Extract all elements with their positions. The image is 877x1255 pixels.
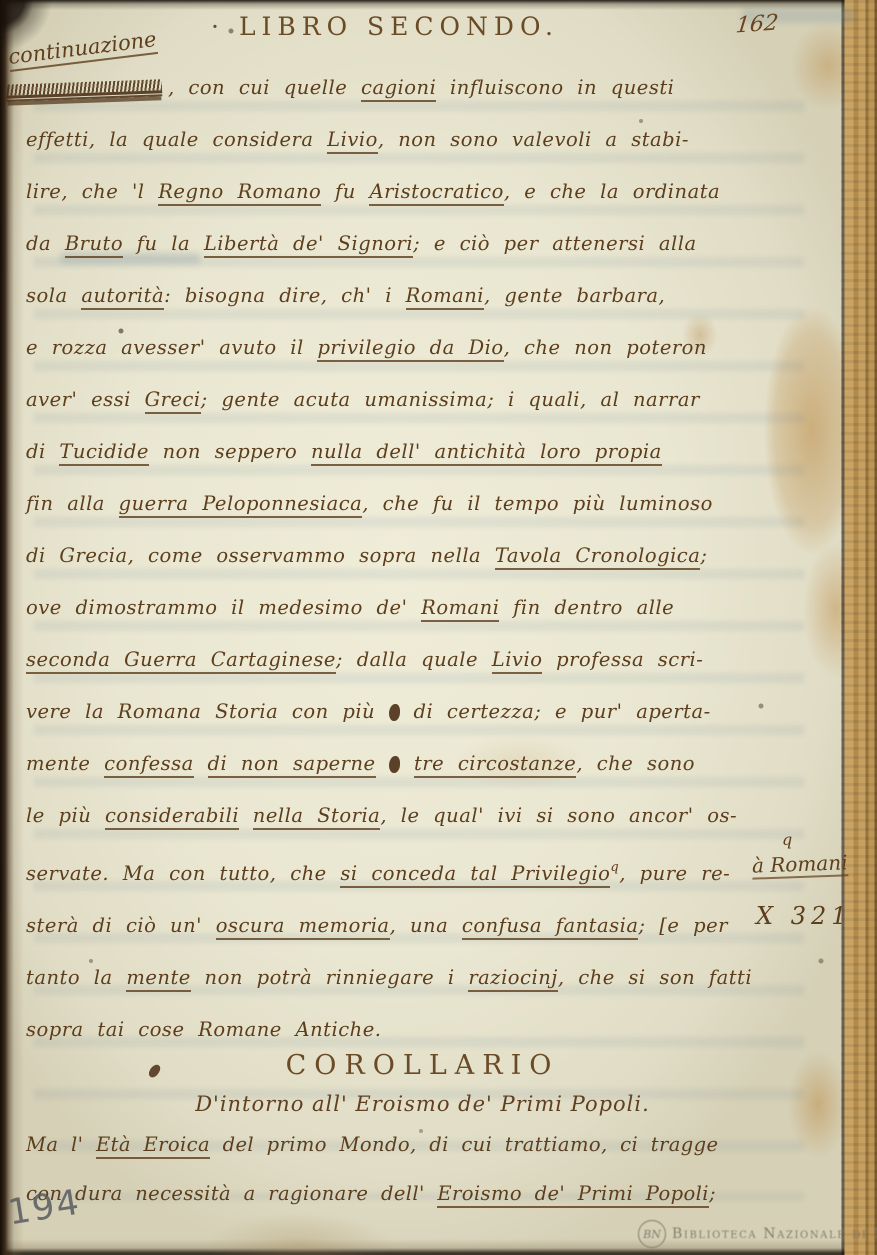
text-segment: tanto la bbox=[26, 966, 126, 989]
manuscript-line: e rozza avesser' avuto il privilegio da … bbox=[26, 322, 832, 374]
text-segment: nella Storia bbox=[253, 804, 381, 830]
text-segment: considerabili bbox=[105, 804, 239, 830]
book-fore-edge bbox=[841, 0, 877, 1255]
manuscript-line: seconda Guerra Cartaginese; dalla quale … bbox=[26, 634, 832, 686]
library-logo-icon: BN bbox=[638, 1220, 666, 1248]
text-segment: Ma l' bbox=[26, 1133, 96, 1156]
manuscript-page: · LIBRO SECONDO. 162 continuazione , con… bbox=[0, 0, 877, 1255]
text-segment: del primo Mondo, di cui trattiamo, ci tr… bbox=[210, 1133, 718, 1156]
manuscript-line: lire, che 'l Regno Romano fu Aristocrati… bbox=[26, 166, 832, 218]
ink-blot bbox=[389, 756, 400, 773]
manuscript-line: fin alla guerra Peloponnesiaca, che fu i… bbox=[26, 478, 832, 530]
text-segment: lire, che 'l bbox=[26, 180, 158, 203]
text-segment: ; [e per bbox=[638, 914, 727, 937]
ink-blot bbox=[389, 704, 400, 721]
text-segment: nulla dell' antichità loro propia bbox=[311, 440, 662, 466]
section-heading-corollario: COROLLARIO bbox=[0, 1050, 845, 1081]
text-segment: non potrà rinniegare i bbox=[191, 966, 469, 989]
manuscript-line: con dura necessità a ragionare dell' Ero… bbox=[26, 1169, 846, 1218]
manuscript-line: di Grecia, come osservammo sopra nella T… bbox=[26, 530, 832, 582]
text-segment: sola bbox=[26, 284, 81, 307]
text-segment: tre circostanze bbox=[414, 752, 576, 778]
text-segment: ; bbox=[700, 544, 707, 567]
text-segment: servate. Ma con tutto, che bbox=[26, 862, 340, 885]
text-segment: sterà di ciò un' bbox=[26, 914, 216, 937]
stamp-label: Biblioteca Nazionale di Napoli bbox=[672, 1226, 877, 1242]
text-segment: Romani bbox=[406, 284, 484, 310]
text-segment: raziocinj bbox=[468, 966, 557, 992]
manuscript-line: , con cui quelle cagioni influiscono in … bbox=[26, 62, 832, 114]
text-segment: fin alla bbox=[26, 492, 119, 515]
text-segment: : bisogna dire, ch' i bbox=[164, 284, 406, 307]
text-segment: Livio bbox=[492, 648, 543, 674]
text-segment: Tucidide bbox=[59, 440, 148, 466]
text-segment: fin dentro alle bbox=[499, 596, 674, 619]
folio-number: 162 bbox=[734, 11, 779, 39]
text-segment: , che sono bbox=[576, 752, 695, 775]
manuscript-line: sterà di ciò un' oscura memoria, una con… bbox=[26, 900, 832, 952]
text-segment: , e che la ordinata bbox=[504, 180, 720, 203]
text-segment bbox=[376, 752, 390, 775]
manuscript-line: tanto la mente non potrà rinniegare i ra… bbox=[26, 952, 832, 1004]
text-segment: ; gente acuta umanissima; i quali, al na… bbox=[201, 388, 700, 411]
text-segment: , che non poteron bbox=[504, 336, 707, 359]
manuscript-line: servate. Ma con tutto, che si conceda ta… bbox=[26, 842, 832, 900]
text-segment: , gente barbara, bbox=[484, 284, 665, 307]
manuscript-line: mente confessa di non saperne tre circos… bbox=[26, 738, 832, 790]
margin-note-romani: à Romani bbox=[752, 850, 848, 879]
text-segment bbox=[239, 804, 253, 827]
text-segment: seconda Guerra Cartaginese bbox=[26, 648, 336, 674]
text-segment: di non saperne bbox=[208, 752, 376, 778]
text-segment: , che si son fatti bbox=[558, 966, 752, 989]
text-segment: privilegio da Dio bbox=[317, 336, 503, 362]
manuscript-line: ove dimostrammo il medesimo de' Romani f… bbox=[26, 582, 832, 634]
manuscript-line: sopra tai cose Romane Antiche. bbox=[26, 1004, 832, 1056]
text-segment: Eroismo de' Primi Popoli bbox=[437, 1182, 709, 1208]
text-segment: aver' essi bbox=[26, 388, 145, 411]
text-segment: Regno Romano bbox=[158, 180, 321, 206]
manuscript-body: , con cui quelle cagioni influiscono in … bbox=[26, 62, 832, 1056]
text-segment: , le qual' ivi si sono ancor' os- bbox=[380, 804, 737, 827]
paper-specks bbox=[0, 0, 2, 2]
text-segment: q bbox=[610, 860, 619, 875]
text-segment: influiscono in questi bbox=[436, 76, 674, 99]
text-segment: ; dalla quale bbox=[336, 648, 492, 671]
stamp-monogram: BN bbox=[643, 1228, 661, 1241]
text-segment: mente bbox=[126, 966, 190, 992]
text-segment: ove dimostrammo il medesimo de' bbox=[26, 596, 421, 619]
manuscript-line: vere la Romana Storia con più di certezz… bbox=[26, 686, 832, 738]
manuscript-closing: Ma l' Età Eroica del primo Mondo, di cui… bbox=[26, 1120, 846, 1218]
text-segment: Tavola Cronologica bbox=[495, 544, 700, 570]
text-segment: , pure re- bbox=[619, 862, 730, 885]
manuscript-line: le più considerabili nella Storia, le qu… bbox=[26, 790, 832, 842]
manuscript-line: da Bruto fu la Libertà de' Signori; e ci… bbox=[26, 218, 832, 270]
text-segment: si conceda tal Privilegio bbox=[340, 862, 610, 888]
margin-reference-x321: X 321 bbox=[756, 902, 852, 930]
manuscript-line: effetti, la quale considera Livio, non s… bbox=[26, 114, 832, 166]
text-segment: Livio bbox=[327, 128, 378, 154]
text-segment: fu bbox=[321, 180, 369, 203]
text-segment: Aristocratico bbox=[369, 180, 503, 206]
text-segment: oscura memoria bbox=[216, 914, 390, 940]
text-segment: confusa fantasia bbox=[462, 914, 639, 940]
text-segment: , che fu il tempo più luminoso bbox=[362, 492, 713, 515]
text-segment: Bruto bbox=[65, 232, 123, 258]
text-segment: non seppero bbox=[149, 440, 311, 463]
text-segment: fu la bbox=[123, 232, 204, 255]
insertion-caret-mark: q bbox=[782, 830, 792, 849]
text-segment: , non sono valevoli a stabi- bbox=[378, 128, 689, 151]
text-segment: di certezza; e pur' aperta- bbox=[400, 700, 711, 723]
text-segment: sopra tai cose Romane Antiche. bbox=[26, 1018, 381, 1041]
manuscript-line: aver' essi Greci; gente acuta umanissima… bbox=[26, 374, 832, 426]
pencil-page-number: 194 bbox=[5, 1183, 83, 1234]
text-segment: Greci bbox=[145, 388, 201, 414]
text-segment: ; e ciò per attenersi alla bbox=[413, 232, 697, 255]
text-segment: mente bbox=[26, 752, 104, 775]
library-stamp: BN Biblioteca Nazionale di Napoli bbox=[638, 1220, 877, 1248]
text-segment bbox=[194, 752, 208, 775]
manuscript-line: Ma l' Età Eroica del primo Mondo, di cui… bbox=[26, 1120, 846, 1169]
text-segment bbox=[400, 752, 414, 775]
text-segment: di bbox=[26, 440, 59, 463]
text-segment: Libertà de' Signori bbox=[204, 232, 413, 258]
text-segment: guerra Peloponnesiaca bbox=[119, 492, 363, 518]
text-segment: professa scri- bbox=[542, 648, 703, 671]
text-segment: e rozza avesser' avuto il bbox=[26, 336, 317, 359]
text-segment: , con cui quelle bbox=[168, 76, 361, 99]
manuscript-line: di Tucidide non seppero nulla dell' anti… bbox=[26, 426, 832, 478]
section-subtitle: D'intorno all' Eroismo de' Primi Popoli. bbox=[0, 1092, 845, 1116]
text-segment: con dura necessità a ragionare dell' bbox=[26, 1182, 437, 1205]
text-segment: le più bbox=[26, 804, 105, 827]
text-segment: Romani bbox=[421, 596, 499, 622]
page-title: · LIBRO SECONDO. bbox=[170, 12, 600, 41]
text-segment: da bbox=[26, 232, 65, 255]
text-segment: vere la Romana Storia con più bbox=[26, 700, 389, 723]
text-segment: confessa bbox=[104, 752, 194, 778]
text-segment: Età Eroica bbox=[96, 1133, 210, 1159]
text-segment: di Grecia, come osservammo sopra nella bbox=[26, 544, 495, 567]
text-segment: , una bbox=[390, 914, 462, 937]
text-segment: cagioni bbox=[361, 76, 436, 102]
text-segment: autorità bbox=[81, 284, 164, 310]
manuscript-line: sola autorità: bisogna dire, ch' i Roman… bbox=[26, 270, 832, 322]
text-segment: effetti, la quale considera bbox=[26, 128, 327, 151]
text-segment: ; bbox=[709, 1182, 716, 1205]
